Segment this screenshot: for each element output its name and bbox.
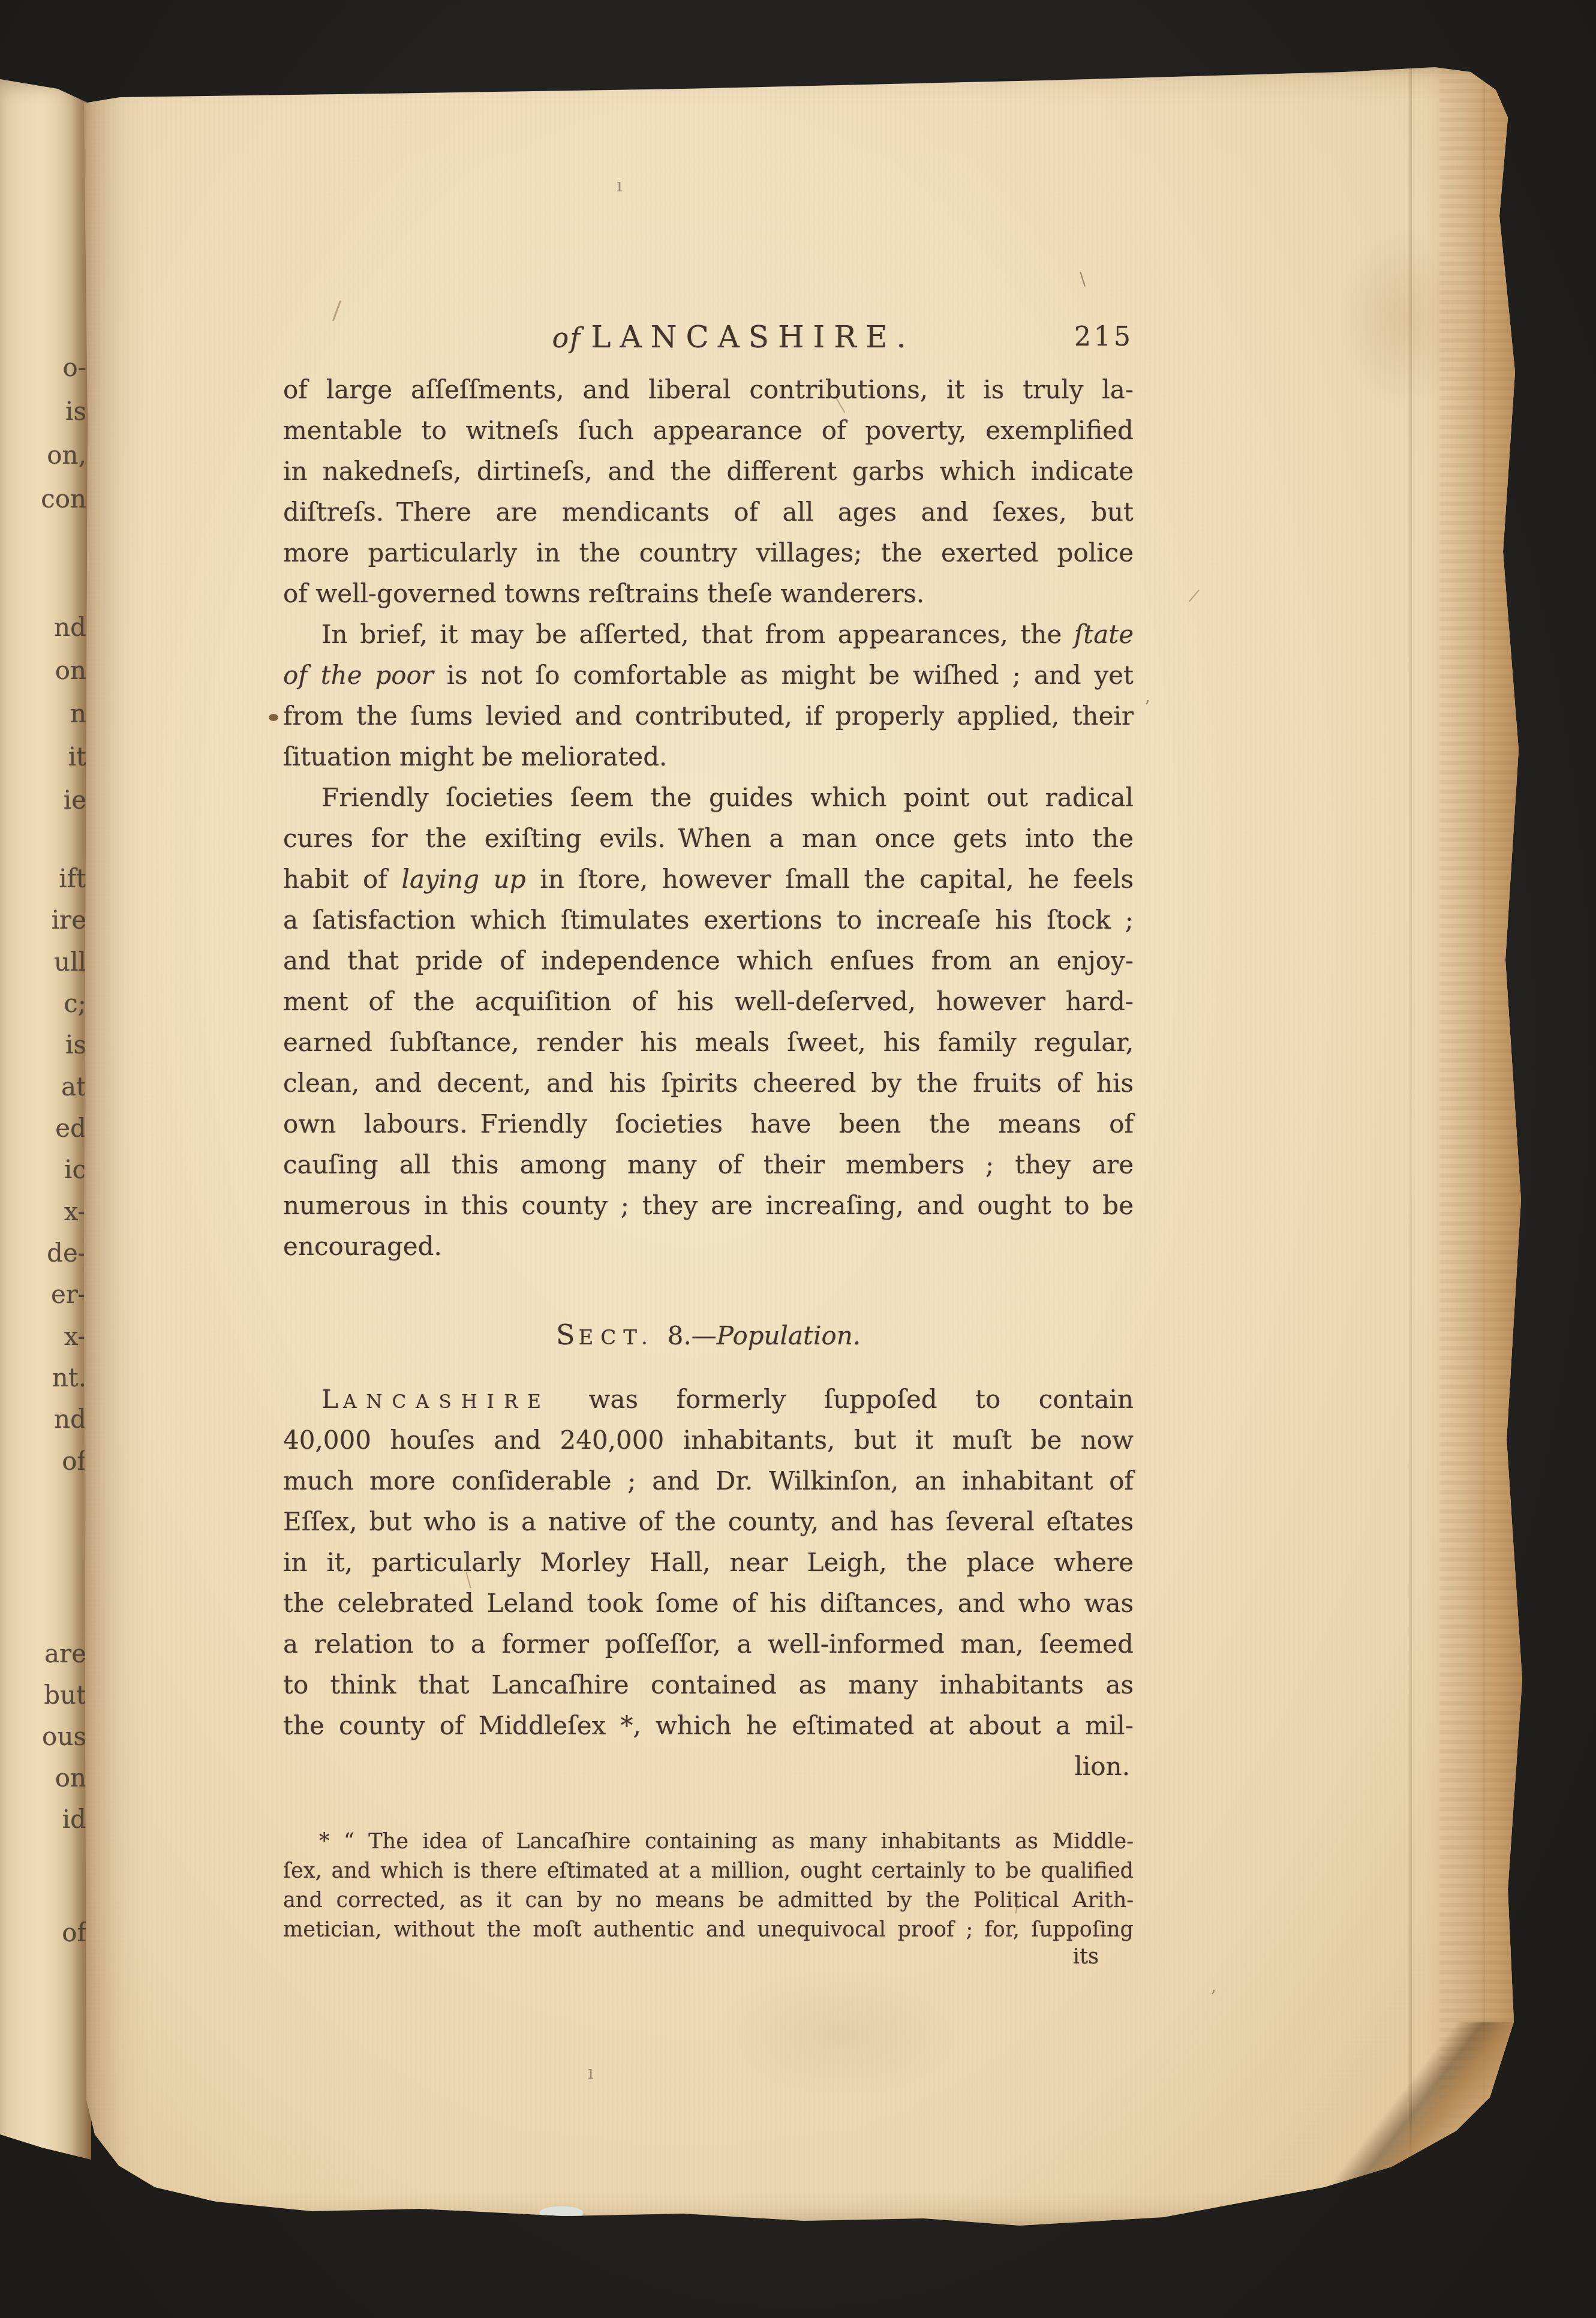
heading-segment: S [556,1319,579,1351]
margin-fragment: id [62,1799,86,1840]
text-line: and that pride of independence which enſ… [283,941,1134,981]
margin-fragment: ie [64,780,86,821]
text-line: a ſatisfaction which ſtimulates exertion… [283,900,1134,941]
stain [714,1968,966,2100]
text-segment: cauſing all this among many of their mem… [283,1150,1134,1179]
text-line: of large aſſeſſments, and liberal contri… [283,370,1134,410]
text-segment: ſex, and which is there eſtimated at a m… [283,1859,1134,1883]
text-segment: diſtreſs. There are mendicants of all ag… [283,497,1134,527]
heading-segment: Population. [717,1321,861,1350]
scan-speck: ’ [1144,697,1150,718]
text-segment: from the ſums levied and contributed, if… [283,701,1134,731]
edge-chip [240,2208,273,2221]
running-head: ofLANCASHIRE. 215 [283,314,1134,360]
text-segment: lion. [1074,1752,1130,1781]
text-line: the county of Middleſex *, which he eſti… [283,1706,1134,1746]
text-line: ſituation might be meliorated. [283,737,1134,777]
margin-fragment: it [68,737,86,777]
text-line: ment of the acquiſition of his well-deſe… [283,981,1134,1022]
footnote: * “ The idea of Lancaſhire containing as… [283,1827,1134,1945]
heading-segment: 8. [655,1321,692,1350]
text-line: from the ſums levied and contributed, if… [283,696,1134,737]
text-segment: is not ſo comfortable as might be wiſhed… [434,660,1134,690]
margin-fragment: nd [54,1399,86,1440]
body-block-2: LANCASHIRE was formerly ſuppoſed to cont… [283,1379,1134,1787]
text-segment: in nakedneſs, dirtineſs, and the differe… [283,457,1134,486]
margin-fragment: of [62,1912,86,1953]
text-line: Eſſex, but who is a native of the county… [283,1502,1134,1542]
margin-fragment: ift [59,858,86,899]
text-segment: to think that Lancaſhire contained as ma… [283,1670,1134,1700]
ink-speck [269,714,278,721]
text-line: lion. [283,1746,1134,1787]
text-segment: and that pride of independence which enſ… [283,946,1134,975]
text-segment: In brief, it may be aſſerted, that from … [321,620,1074,649]
paper-fiber [1189,589,1200,602]
margin-fragment: on, [47,435,86,476]
text-segment: earned ſubſtance, render his meals ſweet… [283,1028,1134,1057]
text-line: much more conſiderable ; and Dr. Wilkinſ… [283,1461,1134,1502]
text-segment: metician, without the moſt authentic and… [283,1918,1134,1942]
text-segment: habit of [283,864,401,894]
scan-speck: ı [588,2062,594,2083]
page-curl [1315,2022,1513,2202]
text-line: and corrected, as it can by no means be … [283,1886,1134,1915]
text-segment: was formerly ſuppoſed to contain [551,1385,1134,1414]
text-line: habit of laying up in ſtore, however ſma… [283,859,1134,900]
heading-segment: — [692,1321,717,1350]
text-segment: in ſtore, however ſmall the capital, he … [526,864,1134,894]
page-number: 215 [1074,314,1134,360]
margin-fragment: on [55,650,86,691]
margin-fragment: is [65,1025,86,1065]
book-scan: o-ison,conndonnitieiftireullc;isatedicx-… [0,0,1596,2318]
margin-fragment: nd [54,607,86,648]
text-segment: the county of Middleſex *, which he eſti… [283,1711,1134,1740]
text-line: encouraged. [283,1226,1134,1267]
text-segment: ANCASHIRE [343,1391,551,1413]
margin-fragment: of [62,1441,86,1482]
text-segment: a relation to a former poſſeſſor, a well… [283,1629,1134,1659]
margin-fragment: on [55,1758,86,1798]
margin-fragment: x- [64,1316,86,1357]
text-segment: Eſſex, but who is a native of the county… [283,1507,1134,1536]
facing-page-sliver: o-ison,conndonnitieiftireullc;isatedicx-… [0,71,91,2182]
margin-fragment: con [41,479,86,520]
text-line: 40,000 houſes and 240,000 inhabitants, b… [283,1420,1134,1461]
text-line: cauſing all this among many of their mem… [283,1145,1134,1185]
text-segment: own labours. Friendly ſocieties have bee… [283,1109,1134,1139]
text-segment: of well-governed towns reſtrains theſe w… [283,579,924,608]
text-line: own labours. Friendly ſocieties have bee… [283,1104,1134,1145]
margin-fragment: nt. [52,1358,86,1398]
text-segment: of large aſſeſſments, and liberal contri… [283,375,1134,404]
text-segment: cures for the exiſting evils. When a man… [283,824,1134,853]
margin-fragment: ic [64,1149,86,1190]
text-line: diſtreſs. There are mendicants of all ag… [283,492,1134,533]
text-segment: the celebrated Leland took ſome of his d… [283,1589,1134,1618]
text-line: In brief, it may be aſſerted, that from … [283,614,1134,655]
text-segment: L [321,1385,343,1414]
text-line: in it, particularly Morley Hall, near Le… [283,1542,1134,1583]
scan-speck: ’ [1210,1987,1216,2008]
text-line: of well-governed towns reſtrains theſe w… [283,574,1134,614]
text-segment: numerous in this county ; they are incre… [283,1191,1134,1220]
heading-segment: ECT. [578,1326,654,1350]
text-line: ſex, and which is there eſtimated at a m… [283,1857,1134,1886]
text-segment: in it, particularly Morley Hall, near Le… [283,1548,1134,1577]
text-segment: much more conſiderable ; and Dr. Wilkinſ… [283,1466,1134,1496]
text-line: cures for the exiſting evils. When a man… [283,818,1134,859]
text-line: * “ The idea of Lancaſhire containing as… [283,1827,1134,1857]
margin-fragment: o- [63,347,86,388]
margin-fragment: but [44,1675,86,1716]
margin-fragment: c; [64,983,86,1024]
margin-fragment: ull [54,942,86,983]
text-line: mentable to witneſs ſuch appearance of p… [283,410,1134,451]
title-prefix: of [552,322,582,354]
deckle-edge-texture [1439,60,1523,2238]
section-heading: SECT. 8.—Population. [283,1313,1134,1357]
text-line: numerous in this county ; they are incre… [283,1185,1134,1226]
text-line: clean, and decent, and his ſpirits cheer… [283,1063,1134,1104]
text-segment: laying up [401,864,525,894]
text-segment: ment of the acquiſition of his well-deſe… [283,987,1134,1016]
text-line: Friendly ſocieties ſeem the guides which… [283,777,1134,818]
catchword: its [283,1942,1134,1972]
text-line: a relation to a former poſſeſſor, a well… [283,1624,1134,1665]
text-segment: ſtate [1074,620,1134,649]
text-line: to think that Lancaſhire contained as ma… [283,1665,1134,1706]
scan-speck: \ [1080,269,1086,290]
text-segment: mentable to witneſs ſuch appearance of p… [283,416,1134,445]
fold-crease [1409,60,1412,2238]
margin-fragment: n [70,693,86,734]
text-line: more particularly in the country village… [283,533,1134,574]
text-segment: ſituation might be meliorated. [283,742,667,771]
text-segment: a ſatisfaction which ſtimulates exertion… [283,905,1134,935]
margin-fragment: er- [51,1274,86,1315]
text-line: of the poor is not ſo comfortable as mig… [283,655,1134,696]
text-line: metician, without the moſt authentic and… [283,1915,1134,1945]
body-block-1: of large aſſeſſments, and liberal contri… [283,370,1134,1267]
text-line: LANCASHIRE was formerly ſuppoſed to cont… [283,1379,1134,1420]
text-segment: clean, and decent, and his ſpirits cheer… [283,1068,1134,1098]
text-segment: of the poor [283,660,434,690]
text-segment: more particularly in the country village… [283,538,1134,568]
text-line: earned ſubſtance, render his meals ſweet… [283,1022,1134,1063]
text-segment: * “ The idea of Lancaſhire containing as… [319,1830,1134,1854]
margin-fragment: ed [55,1108,86,1149]
fold-crease [1483,60,1485,2238]
margin-fragment: ire [52,900,86,941]
scan-speck: ı [617,175,623,196]
edge-chip [540,2206,583,2220]
margin-fragment: are [44,1634,86,1674]
margin-fragment: at [61,1067,86,1107]
margin-fragment: de- [47,1233,86,1274]
text-segment: and corrected, as it can by no means be … [283,1888,1134,1912]
page-title: ofLANCASHIRE. [552,314,915,360]
text-segment: encouraged. [283,1232,442,1261]
text-line: in nakedneſs, dirtineſs, and the differe… [283,451,1134,492]
edge-chip [174,2198,216,2214]
margin-fragment: x- [64,1191,86,1232]
text-segment: Friendly ſocieties ſeem the guides which… [321,783,1134,812]
margin-fragment: ous [42,1716,86,1757]
margin-fragment: is [65,391,86,432]
title-text: LANCASHIRE. [591,320,915,355]
text-segment: 40,000 houſes and 240,000 inhabitants, b… [283,1425,1134,1455]
text-line: the celebrated Leland took ſome of his d… [283,1583,1134,1624]
